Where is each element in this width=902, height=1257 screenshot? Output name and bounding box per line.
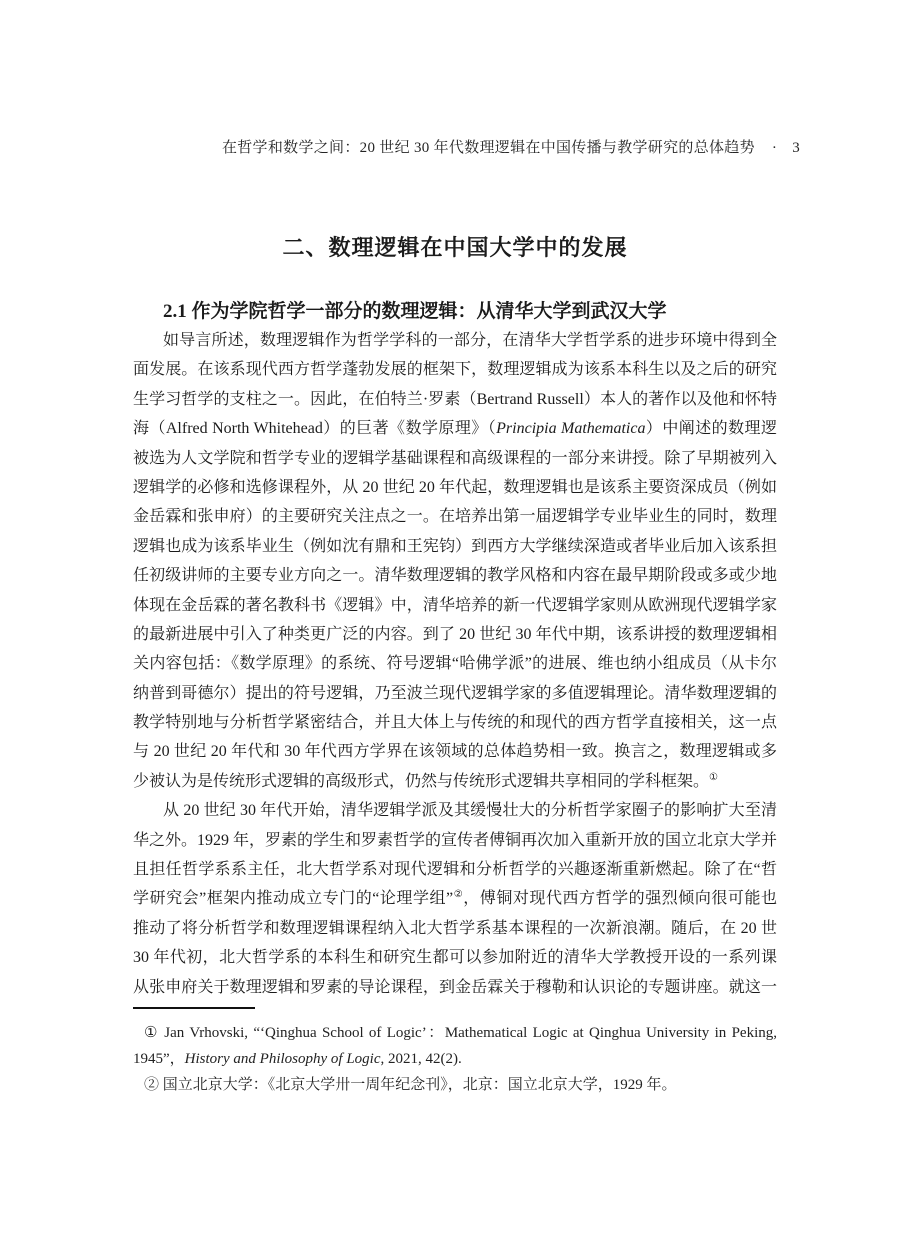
- paragraph-1-line: 被选为人文学院和哲学专业的逻辑学基础课程和高级课程的一部分来讲授。除了早期被列入: [133, 444, 777, 473]
- page-header: 在哲学和数学之间：20 世纪 30 年代数理逻辑在中国传播与教学研究的总体趋势 …: [133, 136, 800, 157]
- header-separator-dot: ·: [772, 140, 777, 157]
- paragraph-2-line: 推动了将分析哲学和数理逻辑课程纳入北大哲学系基本课程的一次新浪潮。随后，在 20…: [133, 914, 777, 943]
- running-title: 在哲学和数学之间：20 世纪 30 年代数理逻辑在中国传播与教学研究的总体趋势: [222, 136, 755, 157]
- paragraph-1-line: 体现在金岳霖的著名教科书《逻辑》中，清华培养的新一代逻辑学家则从欧洲现代逻辑学家: [133, 591, 777, 620]
- paragraph-1-line: 金岳霖和张申府）的主要研究关注点之一。在培养出第一届逻辑学专业毕业生的同时，数理: [133, 502, 777, 531]
- paragraph-2-line: 从张申府关于数理逻辑和罗素的导论课程，到金岳霖关于穆勒和认识论的专题讲座。就这一: [133, 973, 777, 1002]
- paragraph-1-line: 面发展。在该系现代西方哲学蓬勃发展的框架下，数理逻辑成为该系本科生以及之后的研究: [133, 355, 777, 384]
- paragraph-1-line: 逻辑学的必修和选修课程外，从 20 世纪 20 年代起，数理逻辑也是该系主要资深…: [133, 473, 777, 502]
- paragraph-1-line: 教学特别地与分析哲学紧密结合，并且大体上与传统的和现代的西方哲学直接相关，这一点: [133, 708, 777, 737]
- footnote-separator-rule: [133, 1007, 255, 1009]
- document-page: 在哲学和数学之间：20 世纪 30 年代数理逻辑在中国传播与教学研究的总体趋势 …: [0, 0, 902, 1257]
- paragraph-1-line: 生学习哲学的支柱之一。因此，在伯特兰·罗素（Bertrand Russell）本…: [133, 385, 777, 414]
- page-number: 3: [792, 140, 800, 157]
- paragraph-1-line: 与 20 世纪 20 年代和 30 年代西方学界在该领域的总体趋势相一致。换言之…: [133, 737, 777, 766]
- paragraph-1-line: 任初级讲师的主要专业方向之一。清华数理逻辑的教学风格和内容在最早期阶段或多或少地: [133, 561, 777, 590]
- paragraph-1-line: 纳普到哥德尔）提出的符号逻辑，乃至波兰现代逻辑学家的多值逻辑理论。清华数理逻辑的: [133, 679, 777, 708]
- footnote-1-line: 1945”，History and Philosophy of Logic, 2…: [133, 1047, 777, 1073]
- paragraph-1-line: 如导言所述，数理逻辑作为哲学学科的一部分，在清华大学哲学系的进步环境中得到全: [133, 326, 777, 355]
- footnote-2-line: ② 国立北京大学：《北京大学卅一周年纪念刊》，北京：国立北京大学，1929 年。: [133, 1073, 777, 1099]
- paragraph-2-line: 华之外。1929 年，罗素的学生和罗素哲学的宣传者傅铜再次加入重新开放的国立北京…: [133, 826, 777, 855]
- paragraph-2-line: 从 20 世纪 30 年代开始，清华逻辑学派及其缓慢壮大的分析哲学家圈子的影响扩…: [133, 796, 777, 825]
- footnotes: ① Jan Vrhovski, “‘Qinghua School of Logi…: [133, 1021, 777, 1098]
- paragraph-1-line: 的最新进展中引入了种类更广泛的内容。到了 20 世纪 30 年代中期，该系讲授的…: [133, 620, 777, 649]
- paragraph-1-line: 关内容包括：《数学原理》的系统、符号逻辑“哈佛学派”的进展、维也纳小组成员（从卡…: [133, 649, 777, 678]
- paragraph-1-line: 逻辑也成为该系毕业生（例如沈有鼎和王宪钧）到西方大学继续深造或者毕业后加入该系担: [133, 532, 777, 561]
- subsection-heading: 2.1 作为学院哲学一部分的数理逻辑：从清华大学到武汉大学: [163, 296, 777, 323]
- footnote-1-line: ① Jan Vrhovski, “‘Qinghua School of Logi…: [133, 1021, 777, 1047]
- paragraph-1-line: 海（Alfred North Whitehead）的巨著《数学原理》（Princ…: [133, 414, 777, 443]
- paragraph-1-line: 少被认为是传统形式逻辑的高级形式，仍然与传统形式逻辑共享相同的学科框架。①: [133, 767, 777, 796]
- paragraph-2-line: 且担任哲学系系主任，北大哲学系对现代逻辑和分析哲学的兴趣逐渐重新燃起。除了在“哲: [133, 855, 777, 884]
- paragraph-2-line: 30 年代初，北大哲学系的本科生和研究生都可以参加附近的清华大学教授开设的一系列…: [133, 943, 777, 972]
- section-heading: 二、数理逻辑在中国大学中的发展: [133, 231, 777, 262]
- body-text: 如导言所述，数理逻辑作为哲学学科的一部分，在清华大学哲学系的进步环境中得到全 面…: [133, 326, 777, 1002]
- paragraph-2-line: 学研究会”框架内推动成立专门的“论理学组”②，傅铜对现代西方哲学的强烈倾向很可能…: [133, 884, 777, 913]
